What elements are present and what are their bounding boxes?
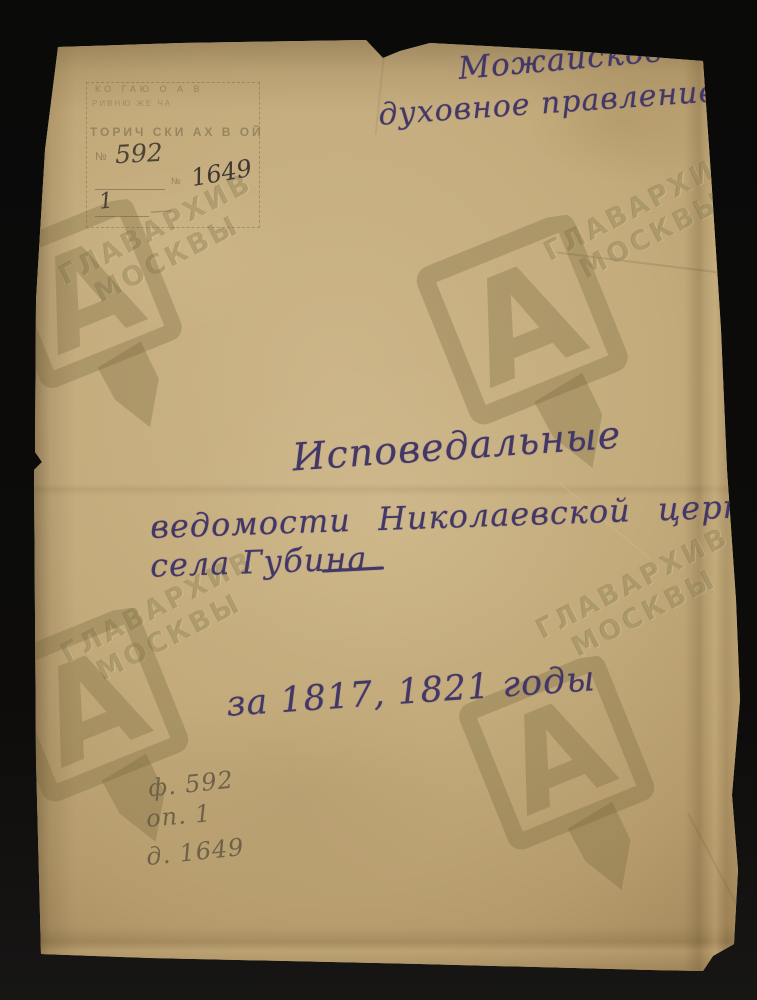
- stamp-blank-line: [95, 216, 149, 217]
- stamp-blank-line: [151, 210, 171, 212]
- stamp-faded-line1: КО ГАЮ О А В: [95, 84, 204, 94]
- header-annotation-line1: Можайское: [457, 33, 665, 87]
- archival-mark-opis: оп. 1: [145, 799, 213, 833]
- stamp-number-sign: №: [95, 151, 107, 163]
- stamp-faded-line2: РИВНЮ ЖЕ ЧА: [92, 99, 172, 108]
- document-page: ГЛАВАРХИВ МОСКВЫ ГЛАВАРХИВ МОСКВЫ ГЛАВАР…: [0, 0, 757, 1000]
- stamp-number-sign: №: [171, 176, 181, 186]
- stamp-fond-number: 592: [114, 138, 163, 169]
- document-title-line3: села Губина: [149, 539, 368, 585]
- paper-crease: [687, 812, 757, 945]
- stamp-opis-number: 1: [98, 188, 115, 214]
- glavarkhiv-watermark-text: ГЛАВАРХИВ МОСКВЫ: [531, 521, 750, 674]
- header-annotation-line2: духовное правление: [377, 74, 718, 133]
- stamp-delo-number: 1649: [189, 154, 254, 192]
- archive-stamp: КО ГАЮ О А В РИВНЮ ЖЕ ЧА ТОРИЧ СКИ АХ В …: [86, 82, 260, 228]
- stamp-faded-line3: ТОРИЧ СКИ АХ В ОЙ: [90, 125, 264, 139]
- scan-stage: А ГЛАВАРХИВ МОСКВЫ ГЛАВАРХИВ МОСКВЫ ГЛАВ…: [0, 0, 757, 1000]
- glavarkhiv-logo-icon: [0, 194, 199, 467]
